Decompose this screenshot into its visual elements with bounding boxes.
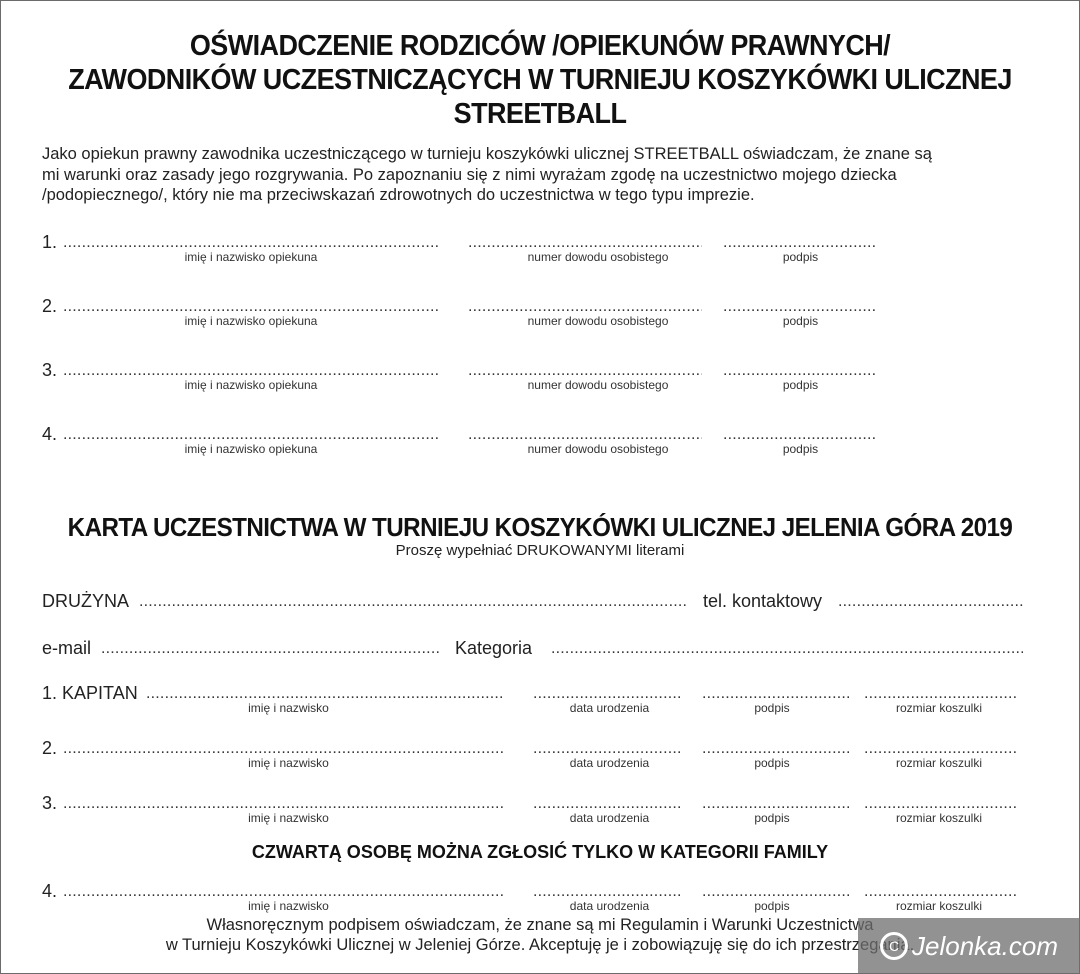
caption-shirt-size: rozmiar koszulki xyxy=(864,701,1014,715)
caption-guardian-name: imię i nazwisko opiekuna xyxy=(63,378,439,392)
email-label: e-mail xyxy=(42,638,91,659)
intro-line-2: mi warunki oraz zasady jego rozgrywania.… xyxy=(42,165,1042,186)
caption-shirt-size: rozmiar koszulki xyxy=(864,899,1014,913)
category-field[interactable]: ........................................… xyxy=(551,640,1023,658)
caption-name: imię i nazwisko xyxy=(146,899,431,913)
caption-guardian-name: imię i nazwisko opiekuna xyxy=(63,250,439,264)
caption-birth-date: data urodzenia xyxy=(533,756,686,770)
caption-birth-date: data urodzenia xyxy=(533,899,686,913)
caption-signature: podpis xyxy=(702,756,842,770)
intro-line-3: /podopiecznego/, który nie ma przeciwska… xyxy=(42,185,1042,206)
caption-id-number: numer dowodu osobistego xyxy=(468,250,728,264)
player-number: 1. KAPITAN xyxy=(42,683,138,704)
caption-guardian-name: imię i nazwisko opiekuna xyxy=(63,314,439,328)
copyright-icon: C xyxy=(880,932,908,960)
caption-birth-date: data urodzenia xyxy=(533,811,686,825)
row-number: 4. xyxy=(42,424,57,445)
caption-birth-date: data urodzenia xyxy=(533,701,686,715)
player-number: 4. xyxy=(42,881,57,902)
card-subtitle: Proszę wypełniać DRUKOWANYMI literami xyxy=(0,542,1080,559)
caption-name: imię i nazwisko xyxy=(146,811,431,825)
caption-shirt-size: rozmiar koszulki xyxy=(864,756,1014,770)
caption-shirt-size: rozmiar koszulki xyxy=(864,811,1014,825)
declaration-title-line-1: OŚWIADCZENIE RODZICÓW /OPIEKUNÓW PRAWNYC… xyxy=(38,30,1042,63)
player-number: 3. xyxy=(42,793,57,814)
category-label: Kategoria xyxy=(455,638,532,659)
caption-signature: podpis xyxy=(702,811,842,825)
caption-id-number: numer dowodu osobistego xyxy=(468,442,728,456)
caption-signature: podpis xyxy=(723,250,878,264)
declaration-title-line-3: STREETBALL xyxy=(38,98,1042,131)
watermark-text: Jelonka.com xyxy=(912,931,1058,962)
declaration-intro: Jako opiekun prawny zawodnika uczestnicz… xyxy=(42,144,1042,206)
family-category-note: CZWARTĄ OSOBĘ MOŻNA ZGŁOSIĆ TYLKO W KATE… xyxy=(0,842,1080,863)
caption-signature: podpis xyxy=(723,442,878,456)
caption-name: imię i nazwisko xyxy=(146,756,431,770)
caption-signature: podpis xyxy=(702,701,842,715)
email-field[interactable]: ........................................… xyxy=(101,640,439,658)
team-field[interactable]: ........................................… xyxy=(139,593,686,611)
phone-field[interactable]: ........................................… xyxy=(838,593,1023,611)
card-title: KARTA UCZESTNICTWA W TURNIEJU KOSZYKÓWKI… xyxy=(38,512,1042,543)
caption-guardian-name: imię i nazwisko opiekuna xyxy=(63,442,439,456)
row-number: 1. xyxy=(42,232,57,253)
player-number: 2. xyxy=(42,738,57,759)
caption-name: imię i nazwisko xyxy=(146,701,431,715)
intro-line-1: Jako opiekun prawny zawodnika uczestnicz… xyxy=(42,144,1042,165)
caption-id-number: numer dowodu osobistego xyxy=(468,314,728,328)
caption-signature: podpis xyxy=(723,378,878,392)
phone-label: tel. kontaktowy xyxy=(703,591,822,612)
caption-signature: podpis xyxy=(723,314,878,328)
row-number: 2. xyxy=(42,296,57,317)
row-number: 3. xyxy=(42,360,57,381)
caption-signature: podpis xyxy=(702,899,842,913)
watermark: C Jelonka.com xyxy=(858,918,1080,974)
caption-id-number: numer dowodu osobistego xyxy=(468,378,728,392)
team-label: DRUŻYNA xyxy=(42,591,129,612)
declaration-title-line-2: ZAWODNIKÓW UCZESTNICZĄCYCH W TURNIEJU KO… xyxy=(38,64,1042,97)
